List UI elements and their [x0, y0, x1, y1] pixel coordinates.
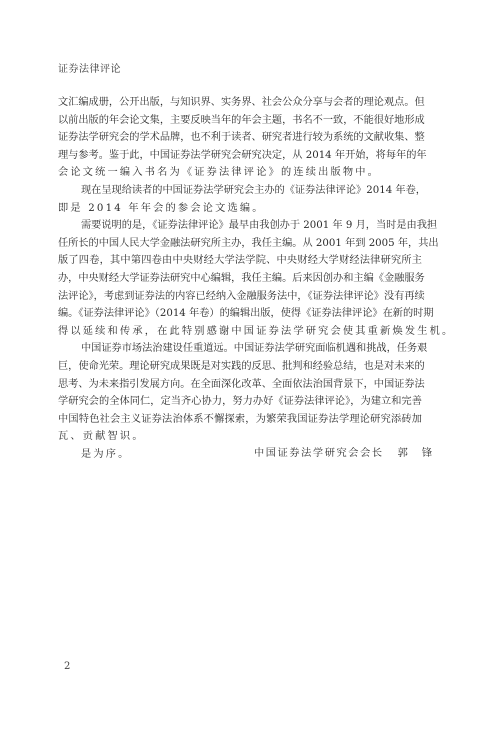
text-line: 以前出版的年会论文集，主要反映当年的年会主题，书名不一致，不能很好地形成	[58, 112, 422, 130]
text-line: 文汇编成册，公开出版，与知识界、实务界、社会公众分享与会者的理论观点。但	[58, 94, 422, 112]
signature-name: 郭锋	[398, 448, 446, 459]
text-line: 中国证券市场法治建设任重道远。中国证券法学研究面临机遇和挑战，任务艰	[58, 340, 422, 358]
text-line: 需要说明的是，《证券法律评论》最早由我创办于 2001 年 9 月，当时是由我担	[58, 217, 422, 235]
text-line: 巨，使命光荣。理论研究成果既是对实践的反思、批判和经验总结，也是对未来的	[58, 358, 422, 376]
text-line: 任所长的中国人民大学金融法研究所主办，我任主编。从 2001 年到 2005 年…	[58, 235, 422, 253]
text-line: 编。《证券法律评论》（2014 年卷）的编辑出版，使得《证券法律评论》在新的时期	[58, 305, 422, 323]
text-line: 中国特色社会主义证券法治体系不懈探索，为繁荣我国证券法学理论研究添砖加	[58, 411, 422, 429]
text-line: 证券法学研究会的学术品牌，也不利于读者、研究者进行较为系统的文献收集、整	[58, 129, 422, 147]
text-line: 学研究会的全体同仁，定当齐心协力，努力办好《证券法律评论》，为建立和完善	[58, 393, 422, 411]
text-line: 法评论》，考虑到证券法的内容已经纳入金融服务法中，《证券法律评论》没有再续	[58, 288, 422, 306]
signature: 中国证券法学研究会会长郭锋	[254, 444, 446, 459]
signature-title: 中国证券法学研究会会长	[254, 448, 384, 459]
text-line: 会论文统一编入书名为《证券法律评论》的连续出版物中。	[58, 164, 422, 182]
preface-body: 文汇编成册，公开出版，与知识界、实务界、社会公众分享与会者的理论观点。但 以前出…	[58, 94, 422, 463]
text-line: 理与参考。鉴于此，中国证券法学研究会研究决定，从 2014 年开始，将每年的年	[58, 147, 422, 165]
text-line: 现在呈现给读者的中国证券法学研究会主办的《证券法律评论》2014 年卷，	[58, 182, 422, 200]
text-line: 办，中央财经大学证券法研究中心编辑，我任主编。后来因创办和主编《金融服务	[58, 270, 422, 288]
text-line: 思考、为未来指引发展方向。在全面深化改革、全面依法治国背景下，中国证券法	[58, 376, 422, 394]
text-line: 版了四卷，其中第四卷由中央财经大学法学院、中央财经大学财经法律研究所主	[58, 252, 422, 270]
text-line: 即是 2014 年年会的参会论文选编。	[58, 200, 422, 218]
page-number: 2	[64, 661, 70, 672]
text-line: 得以延续和传承，在此特别感谢中国证券法学研究会使其重新焕发生机。	[58, 323, 422, 341]
running-header: 证券法律评论	[58, 60, 121, 75]
